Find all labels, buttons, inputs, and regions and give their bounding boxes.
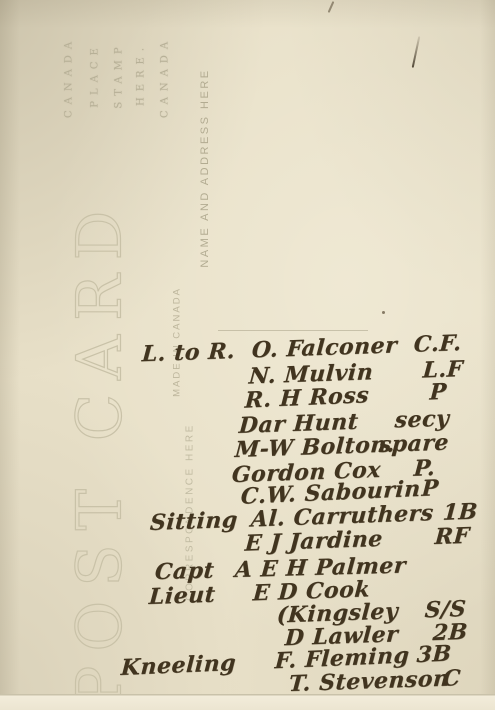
player-position: C.F.	[413, 330, 463, 358]
stamp-box-word-here: HERE.	[136, 42, 147, 106]
handwriting-prefix: L. to R.	[141, 338, 236, 367]
address-rule-line	[218, 330, 368, 331]
postcard-back: CANADA PLACE STAMP HERE. CANADA NAME AND…	[0, 0, 495, 710]
card-bottom-edge	[0, 694, 495, 710]
name-address-label: NAME AND ADDRESS HERE	[199, 68, 211, 267]
paper-ink-speck	[382, 311, 385, 314]
player-position: C	[442, 665, 462, 692]
stamp-box-word-place: PLACE	[90, 42, 101, 108]
player-name: E J Jardine	[244, 526, 384, 557]
player-position: P	[429, 379, 448, 406]
player-position: spare	[378, 429, 450, 458]
player-position: 3B	[416, 640, 452, 668]
player-position: RF	[434, 523, 471, 550]
stamp-box-word-canada-right: CANADA	[160, 36, 171, 118]
player-position: P	[421, 475, 440, 502]
paper-crease-mark	[328, 1, 335, 13]
player-name: T. Stevenson	[288, 665, 450, 697]
stamp-box-word-canada-left: CANADA	[64, 36, 75, 118]
paper-scratch-mark	[412, 36, 421, 68]
stamp-box-word-stamp: STAMP	[114, 41, 125, 108]
